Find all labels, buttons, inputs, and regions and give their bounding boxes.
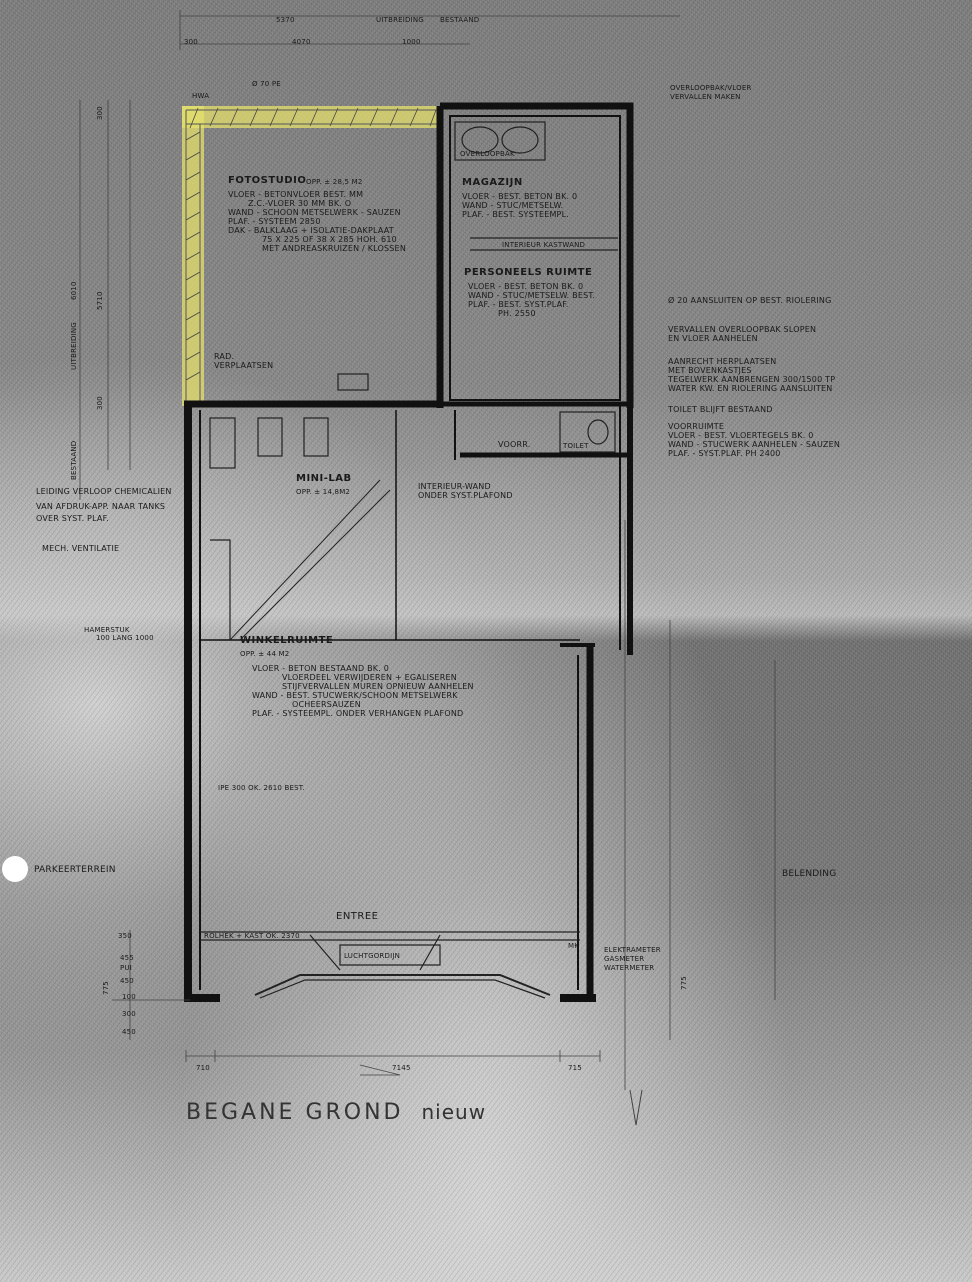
note-line: EN VLOER AANHELEN [668,334,840,343]
title-main: BEGANE GROND [186,1100,404,1125]
note-line: PLAF. - SYST.PLAF. PH 2400 [668,449,840,458]
note-luchtgordijn: LUCHTGORDIJN [344,952,400,961]
room-name-toilet: TOILET [563,442,589,451]
spec-line: Z.C.-VLOER 30 MM BK. O [228,199,406,208]
dim-top-4070: 4070 [292,38,311,47]
note-line: OVERLOOPBAK/VLOER [670,84,752,93]
note-line: TOILET BLIJFT BESTAAND [668,405,840,414]
label-parkeerterrein: PARKEERTERREIN [34,866,116,875]
dim-bottom-7145: 7145 [392,1064,411,1073]
note-line: LEIDING VERLOOP CHEMICALIEN [36,487,172,496]
note-chemicalien: LEIDING VERLOOP CHEMICALIEN VAN AFDRUK-A… [36,487,172,523]
dim-left-300b: 300 [96,396,105,410]
dim-stack-350: 350 [118,932,132,941]
spec-line: PLAF. - BEST. SYSTEEMPL. [462,210,577,219]
spec-line: VLOERDEEL VERWIJDEREN + EGALISEREN [252,673,474,682]
dim-top-300: 300 [184,38,198,47]
spec-line: PLAF. - SYSTEEMPL. ONDER VERHANGEN PLAFO… [252,709,474,718]
spec-line: WAND - SCHOON METSELWERK - SAUZEN [228,208,406,217]
note-hamerstuk-dim: 100 LANG 1000 [96,634,154,643]
spec-line: WAND - BEST. STUCWERK/SCHOON METSELWERK [252,691,474,700]
note-line: VLOER - BEST. VLOERTEGELS BK. 0 [668,431,840,440]
spec-list-magazijn: VLOER - BEST. BETON BK. 0 WAND - STUC/ME… [462,192,577,219]
spec-line: VLOER - BETONVLOER BEST. MM [228,190,406,199]
dim-stack-300: 300 [122,1010,136,1019]
spec-line: STIJFVERVALLEN MUREN OPNIEUW AANHELEN [252,682,474,691]
room-name-entree: ENTREE [336,912,379,921]
note-mech-ventilatie: MECH. VENTILATIE [42,544,119,553]
note-line: WATERMETER [604,964,661,973]
note-line: TEGELWERK AANBRENGEN 300/1500 TP [668,375,840,384]
note-rad-verplaatsen: RAD. VERPLAATSEN [214,352,273,370]
room-area-minilab: OPP. ± 14,8M2 [296,488,350,497]
note-rolhek: ROLHEK + KAST OK. 2370 [204,932,300,941]
dim-left-300a: 300 [96,106,105,120]
dim-right-775: 775 [680,976,689,990]
spec-line: PH. 2550 [468,309,595,318]
spec-list-fotostudio: VLOER - BETONVLOER BEST. MM Z.C.-VLOER 3… [228,190,406,253]
dim-bottom-715: 715 [568,1064,582,1073]
dim-stack-455: 455 [120,954,134,963]
note-line: WATER KW. EN RIOLERING AANSLUITEN [668,384,840,393]
note-line: GASMETER [604,955,661,964]
dim-top-uitbreiding: UITBREIDING [376,16,424,25]
note-interieur-wand: INTERIEUR-WAND ONDER SYST.PLAFOND [418,482,513,500]
spec-line: 75 X 225 OF 38 X 285 HOH. 610 [228,235,406,244]
spec-line: VLOER - BEST. BETON BK. 0 [468,282,595,291]
note-line: ONDER SYST.PLAFOND [418,491,513,500]
note-pipe-pe: Ø 70 PE [252,80,281,89]
spec-line: MET ANDREASKRUIZEN / KLOSSEN [228,244,406,253]
dim-stack-pui: PUI [120,964,132,973]
dim-top-bestaand: BESTAAND [440,16,479,25]
dim-stack-450a: 450 [120,977,134,986]
room-name-magazijn: MAGAZIJN [462,178,523,187]
room-area-winkelruimte: OPP. ± 44 M2 [240,650,289,659]
note-line: VERVALLEN OVERLOOPBAK SLOPEN [668,325,840,334]
punch-hole [2,856,28,882]
dim-left-6010: 6010 [70,281,79,300]
note-meters: ELEKTRAMETER GASMETER WATERMETER [604,946,661,973]
note-line: RAD. [214,352,273,361]
spec-line: PLAF. - BEST. SYST.PLAF. [468,300,595,309]
spec-list-personeelsruimte: VLOER - BEST. BETON BK. 0 WAND - STUC/ME… [468,282,595,318]
room-area-fotostudio: OPP. ± 28,5 M2 [306,178,363,187]
note-interieur-kastwand: INTERIEUR KASTWAND [502,241,585,250]
note-line: WAND - STUCWERK AANHELEN - SAUZEN [668,440,840,449]
room-name-minilab: MINI-LAB [296,474,352,483]
note-line: Ø 20 AANSLUITEN OP BEST. RIOLERING [668,296,840,305]
dim-left-5710: 5710 [96,291,105,310]
note-top-right: OVERLOOPBAK/VLOER VERVALLEN MAKEN [670,84,752,102]
room-name-fotostudio: FOTOSTUDIO [228,176,306,185]
note-line: AANRECHT HERPLAATSEN [668,357,840,366]
room-name-voorruimte: VOORR. [498,440,531,449]
note-line: OVER SYST. PLAF. [36,514,172,523]
room-name-winkelruimte: WINKELRUIMTE [240,636,333,645]
spec-line: WAND - STUC/METSELW. [462,201,577,210]
spec-line: WAND - STUC/METSELW. BEST. [468,291,595,300]
note-meterkast: MK [568,942,579,951]
dim-stack-775: 775 [102,981,111,995]
dim-top-5370: 5370 [276,16,295,25]
note-hwa: HWA [192,92,209,101]
title-sub: nieuw [422,1100,487,1124]
dim-left-uitbreiding: UITBREIDING [70,322,79,370]
note-line: ELEKTRAMETER [604,946,661,955]
spec-line: OCHEERSAUZEN [252,700,474,709]
note-line: VERPLAATSEN [214,361,273,370]
dim-left-bestaand: BESTAAND [70,441,79,480]
spec-line: PLAF. - SYSTEEM 2850 [228,217,406,226]
note-line: VOORRUIMTE [668,422,840,431]
spec-line: VLOER - BEST. BETON BK. 0 [462,192,577,201]
note-line: INTERIEUR-WAND [418,482,513,491]
spec-line: VLOER - BETON BESTAAND BK. 0 [252,664,474,673]
room-name-personeelsruimte: PERSONEELS RUIMTE [464,268,592,277]
dim-stack-450b: 450 [122,1028,136,1037]
note-line: MET BOVENKASTJES [668,366,840,375]
dim-stack-100: 100 [122,993,136,1002]
note-ipe-beam: IPE 300 OK. 2610 BEST. [218,784,305,793]
spec-line: DAK - BALKLAAG + ISOLATIE-DAKPLAAT [228,226,406,235]
label-belending: BELENDING [782,870,836,879]
dim-top-1000: 1000 [402,38,421,47]
note-overloopbak: OVERLOOPBAK [460,150,515,159]
notes-right-column: Ø 20 AANSLUITEN OP BEST. RIOLERING VERVA… [668,296,840,458]
note-line: VAN AFDRUK-APP. NAAR TANKS [36,502,172,511]
drawing-title: BEGANE GRONDnieuw [186,1100,486,1125]
spec-list-winkelruimte: VLOER - BETON BESTAAND BK. 0 VLOERDEEL V… [252,664,474,718]
note-line: VERVALLEN MAKEN [670,93,752,102]
dim-bottom-710: 710 [196,1064,210,1073]
